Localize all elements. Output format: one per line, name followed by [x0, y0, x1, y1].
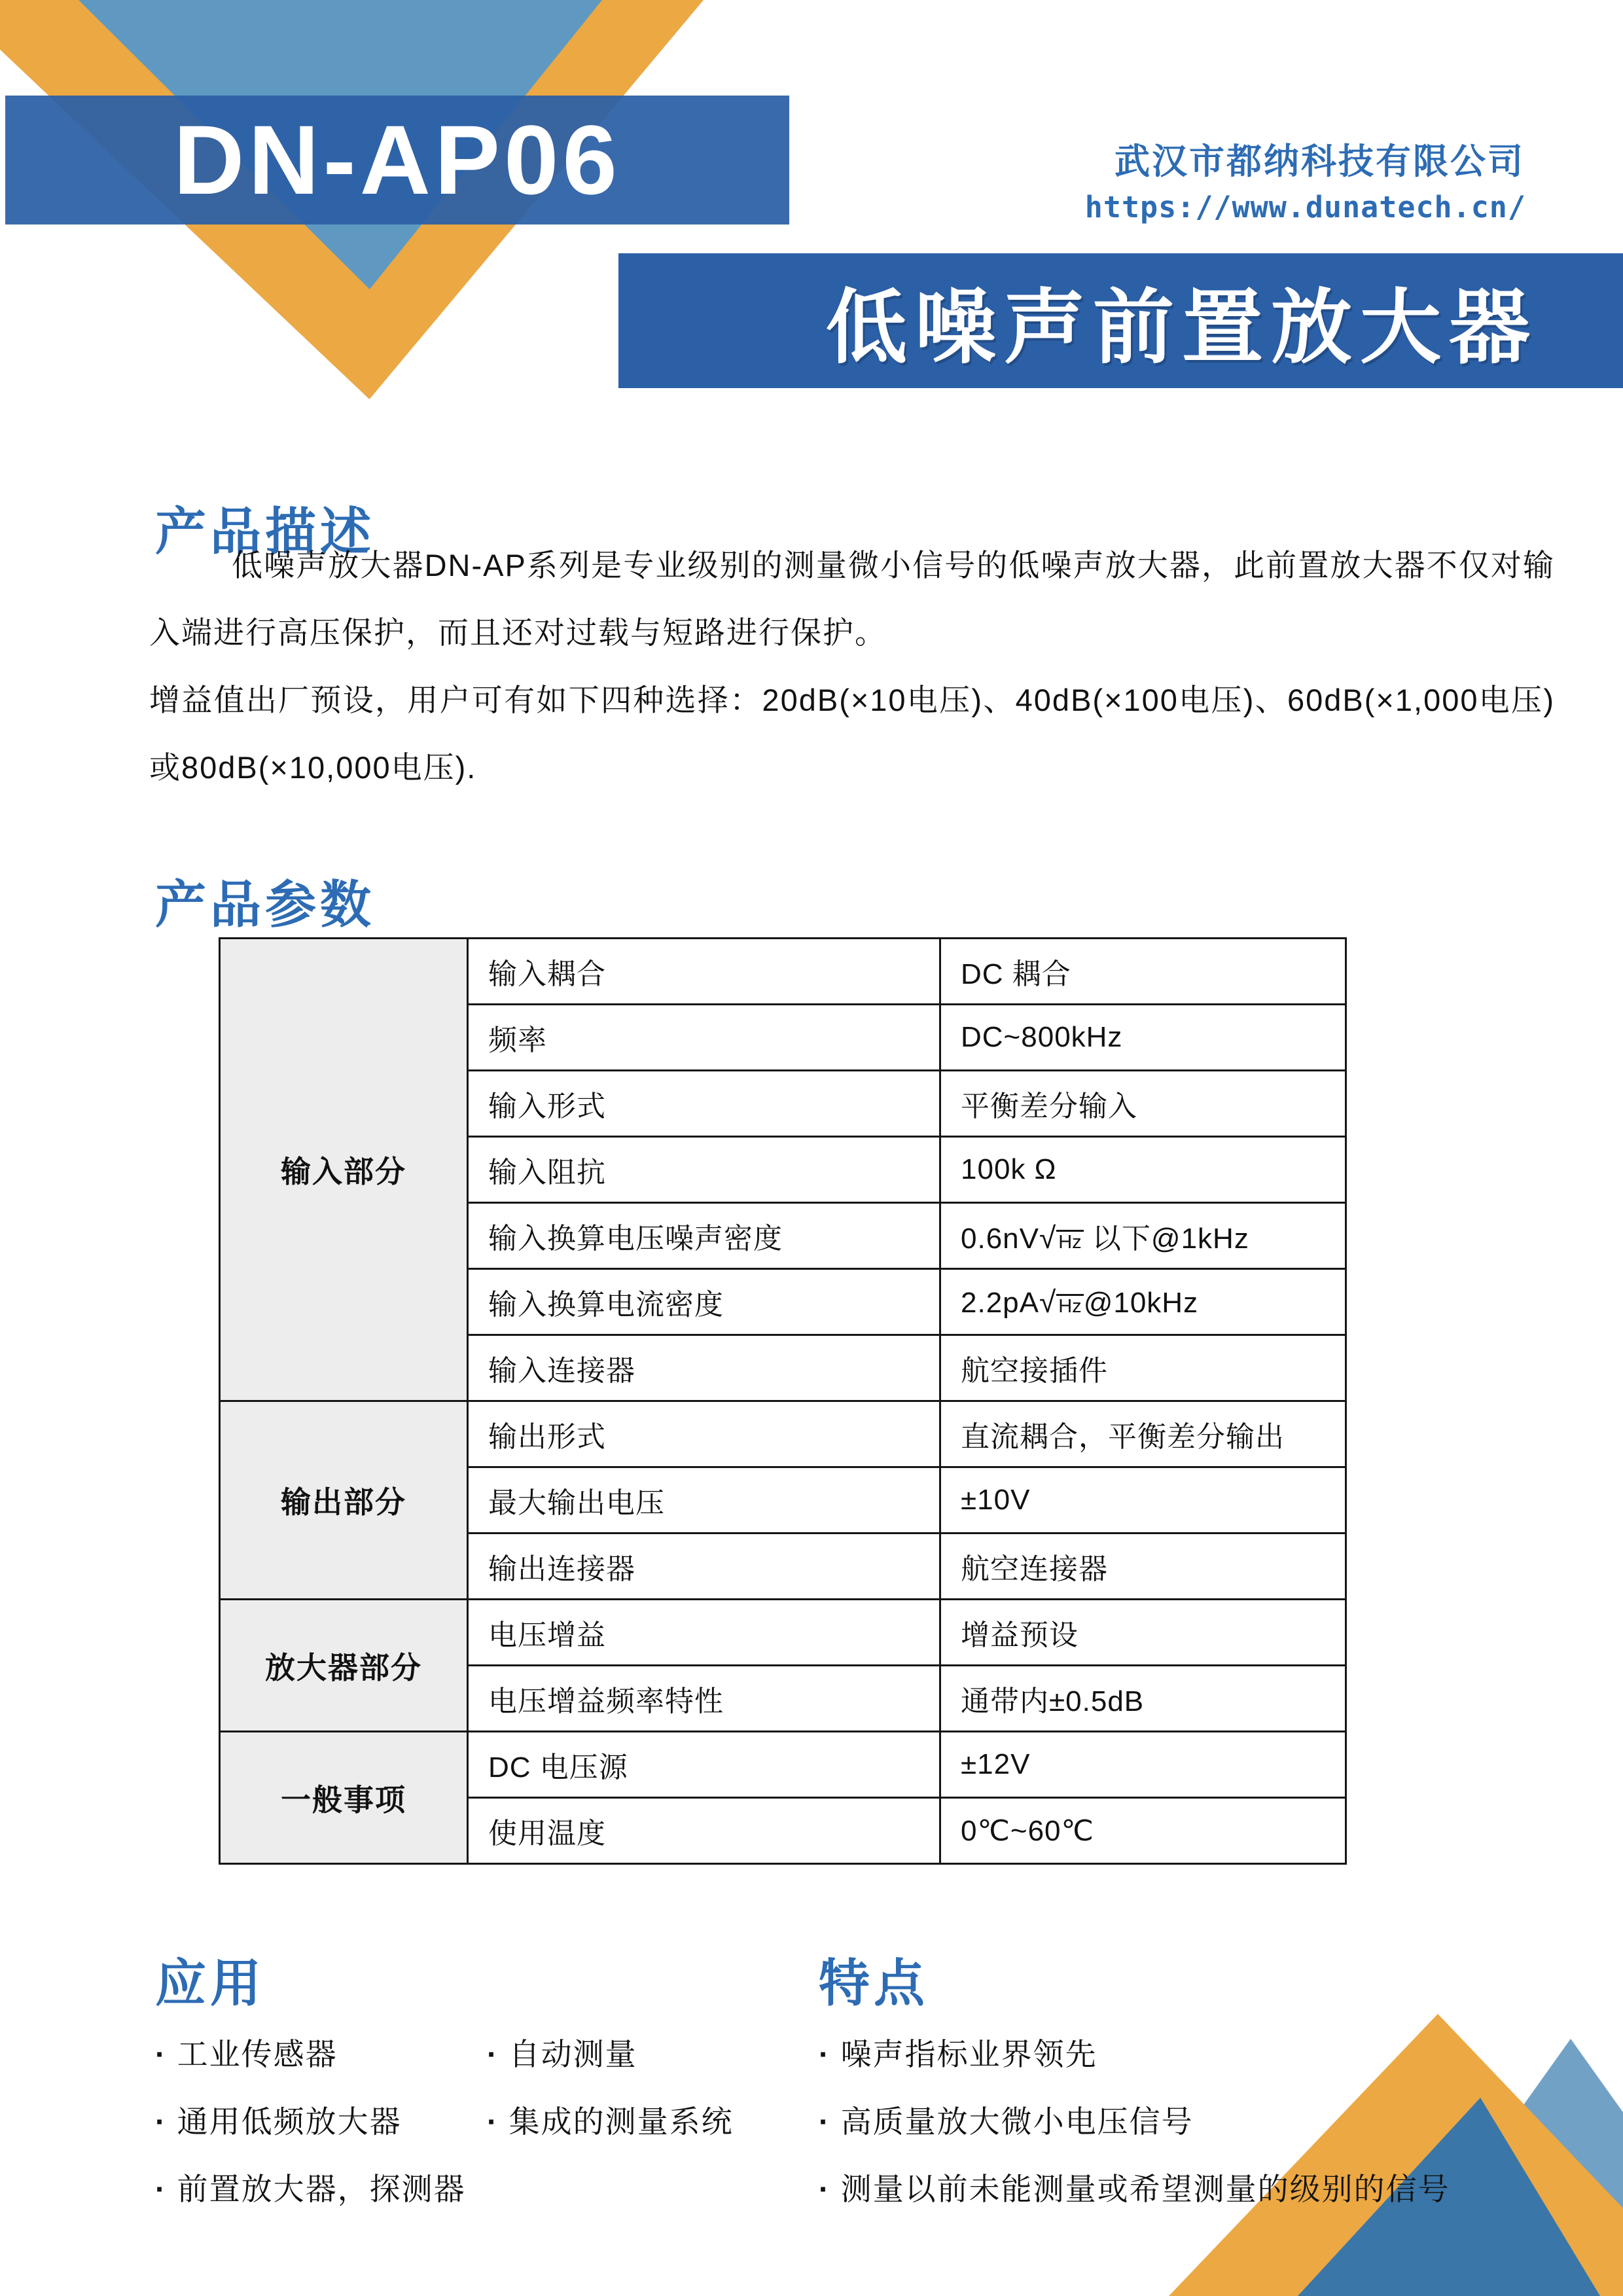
section-heading-applications: 应用: [155, 1943, 265, 2016]
value-cell: 2.2pA√Hz@10kHz: [940, 1269, 1346, 1335]
bullet-icon: ·: [487, 2104, 499, 2139]
description-paragraph-2: 增益值出厂预设，用户可有如下四种选择：20dB(×10电压)、40dB(×100…: [149, 666, 1555, 801]
value-cell: 航空连接器: [940, 1534, 1346, 1600]
product-title-banner: 低噪声前置放大器: [618, 253, 1623, 388]
param-cell: 输入耦合: [468, 939, 940, 1005]
param-cell: DC 电压源: [468, 1732, 940, 1798]
list-item: ·高质量放大微小电压信号: [819, 2098, 1194, 2142]
param-cell: 最大输出电压: [468, 1467, 940, 1534]
value-cell: 航空接插件: [940, 1335, 1346, 1401]
group-cell-general: 一般事项: [220, 1732, 468, 1864]
bullet-icon: ·: [155, 2037, 167, 2072]
model-number: DN-AP06: [173, 103, 621, 217]
description-text: 低噪声放大器DN-AP系列是专业级别的测量微小信号的低噪声放大器，此前置放大器不…: [149, 531, 1555, 801]
sqrt-radical: √Hz: [1039, 1223, 1084, 1255]
value-cell: DC~800kHz: [940, 1005, 1346, 1071]
table-row: 放大器部分 电压增益 增益预设: [220, 1600, 1346, 1666]
group-cell-output: 输出部分: [220, 1401, 468, 1600]
datasheet-page: DN-AP06 武汉市都纳科技有限公司 https://www.dunatech…: [0, 0, 1623, 2296]
list-item: ·噪声指标业界领先: [819, 2030, 1097, 2074]
list-item: ·自动测量: [487, 2030, 637, 2074]
param-cell: 输入形式: [468, 1071, 940, 1137]
group-cell-amplifier: 放大器部分: [220, 1600, 468, 1732]
param-cell: 频率: [468, 1005, 940, 1071]
value-cell: ±10V: [940, 1467, 1346, 1534]
description-paragraph-1: 低噪声放大器DN-AP系列是专业级别的测量微小信号的低噪声放大器，此前置放大器不…: [149, 531, 1555, 666]
param-cell: 输出形式: [468, 1401, 940, 1467]
bullet-icon: ·: [487, 2037, 499, 2072]
bullet-icon: ·: [155, 2104, 167, 2139]
bullet-icon: ·: [819, 2104, 830, 2139]
list-item: ·前置放大器，探测器: [155, 2165, 466, 2209]
list-item: ·通用低频放大器: [155, 2098, 402, 2142]
param-cell: 输入换算电压噪声密度: [468, 1203, 940, 1269]
value-cell: 100k Ω: [940, 1137, 1346, 1203]
param-cell: 输入换算电流密度: [468, 1269, 940, 1335]
company-name: 武汉市都纳科技有限公司: [1115, 134, 1525, 184]
bullet-icon: ·: [819, 2037, 830, 2072]
value-cell: 增益预设: [940, 1600, 1346, 1666]
value-cell: ±12V: [940, 1732, 1346, 1798]
table-row: 一般事项 DC 电压源 ±12V: [220, 1732, 1346, 1798]
bullet-icon: ·: [155, 2172, 167, 2206]
parameters-table: 输入部分 输入耦合 DC 耦合 频率 DC~800kHz 输入形式 平衡差分输入…: [219, 937, 1347, 1865]
param-cell: 输出连接器: [468, 1534, 940, 1600]
value-cell: 0℃~60℃: [940, 1798, 1346, 1864]
table-row: 输入部分 输入耦合 DC 耦合: [220, 939, 1346, 1005]
param-cell: 输入阻抗: [468, 1137, 940, 1203]
param-cell: 输入连接器: [468, 1335, 940, 1401]
value-cell: DC 耦合: [940, 939, 1346, 1005]
value-cell: 平衡差分输入: [940, 1071, 1346, 1137]
group-cell-input: 输入部分: [220, 939, 468, 1401]
model-banner: DN-AP06: [5, 96, 789, 224]
list-item: ·测量以前未能测量或希望测量的级别的信号: [819, 2165, 1450, 2209]
param-cell: 电压增益: [468, 1600, 940, 1666]
bullet-icon: ·: [819, 2172, 830, 2206]
value-cell: 直流耦合，平衡差分输出: [940, 1401, 1346, 1467]
sqrt-radical: √Hz: [1039, 1287, 1084, 1319]
section-heading-features: 特点: [819, 1943, 929, 2016]
website-url[interactable]: https://www.dunatech.cn/: [1085, 190, 1526, 224]
param-cell: 使用温度: [468, 1798, 940, 1864]
product-title: 低噪声前置放大器: [826, 262, 1538, 379]
list-item: ·工业传感器: [155, 2030, 338, 2074]
value-cell: 通带内±0.5dB: [940, 1666, 1346, 1732]
section-heading-parameters: 产品参数: [155, 864, 375, 937]
table-row: 输出部分 输出形式 直流耦合，平衡差分输出: [220, 1401, 1346, 1467]
value-cell: 0.6nV√Hz 以下@1kHz: [940, 1203, 1346, 1269]
list-item: ·集成的测量系统: [487, 2098, 734, 2142]
param-cell: 电压增益频率特性: [468, 1666, 940, 1732]
